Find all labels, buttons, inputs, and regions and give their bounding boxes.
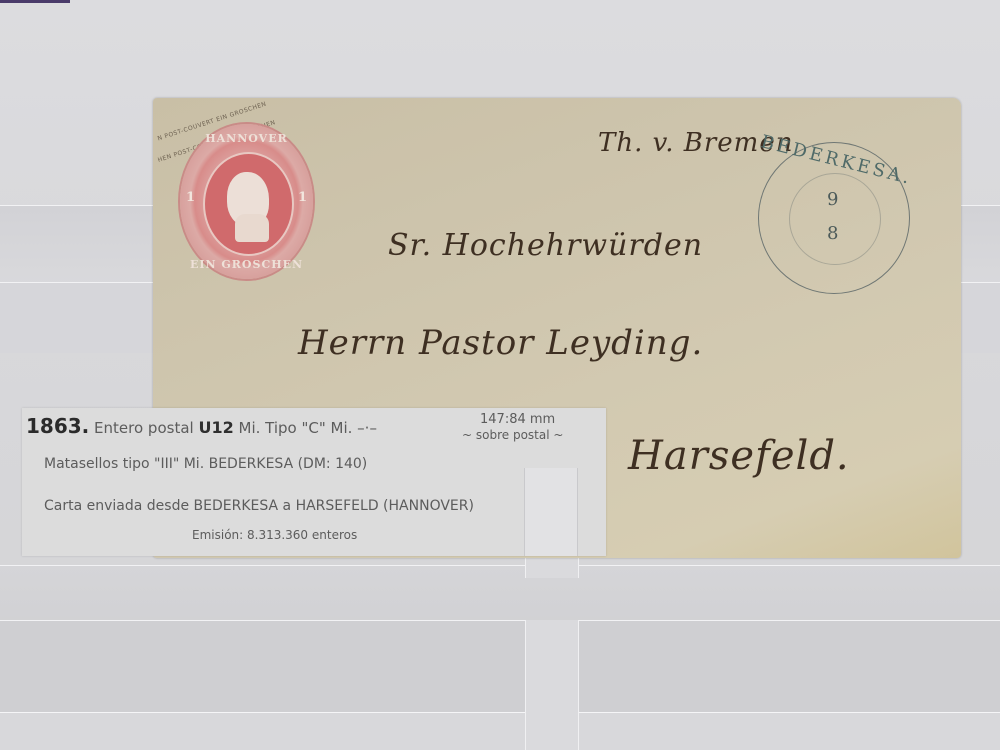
description-card: 1863. Entero postal U12 Mi. Tipo "C" Mi.… xyxy=(22,408,606,556)
card-line-4: Emisión: 8.313.360 enteros xyxy=(192,528,357,542)
card-line-3: Carta enviada desde BEDERKESA a HARSEFEL… xyxy=(44,498,474,514)
postmark-cancel: BEDERKESA. 9 8 xyxy=(758,142,910,294)
portrait-bust xyxy=(235,214,269,242)
stamp-country: HANNOVER xyxy=(180,132,313,145)
stockbook-strip xyxy=(0,565,1000,626)
card-year: 1863. xyxy=(26,414,89,438)
card-line-2: Matasellos tipo "III" Mi. BEDERKESA (DM:… xyxy=(44,456,367,472)
postmark-month: 8 xyxy=(827,223,838,244)
stockbook-strip xyxy=(0,712,1000,750)
address-line-3: Harsefeld. xyxy=(628,433,850,479)
stamp-value-left: 1 xyxy=(186,190,195,205)
address-line-2: Herrn Pastor Leyding. xyxy=(298,323,703,363)
postmark-day: 9 xyxy=(827,189,838,210)
address-line-1: Sr. Hochehrwürden xyxy=(388,228,703,263)
stamp-denomination: EIN GROSCHEN xyxy=(180,258,313,271)
postmark-inner-ring xyxy=(789,173,881,265)
card-line-1: 1863. Entero postal U12 Mi. Tipo "C" Mi.… xyxy=(26,414,377,438)
stamp-portrait-oval xyxy=(203,152,294,256)
strip-divider xyxy=(525,620,579,750)
card-dimensions: 147:84 mm xyxy=(480,412,555,427)
card-catalog-rest: Mi. Tipo "C" Mi. –·– xyxy=(239,419,377,437)
stamp-value-right: 1 xyxy=(298,190,307,205)
card-type: Entero postal xyxy=(94,419,194,437)
stockbook-strip xyxy=(0,620,1000,721)
corner-shadow xyxy=(0,0,70,3)
stockbook-page: N POST-COUVERT EIN GROSCHEN HEN POST-COU… xyxy=(0,0,1000,750)
card-envelope-note: ~ sobre postal ~ xyxy=(462,428,563,442)
embossed-stamp: HANNOVER 1 1 EIN GROSCHEN xyxy=(180,124,313,279)
card-catalog: U12 xyxy=(198,418,233,437)
stockbook-tab-overlay xyxy=(524,468,578,556)
